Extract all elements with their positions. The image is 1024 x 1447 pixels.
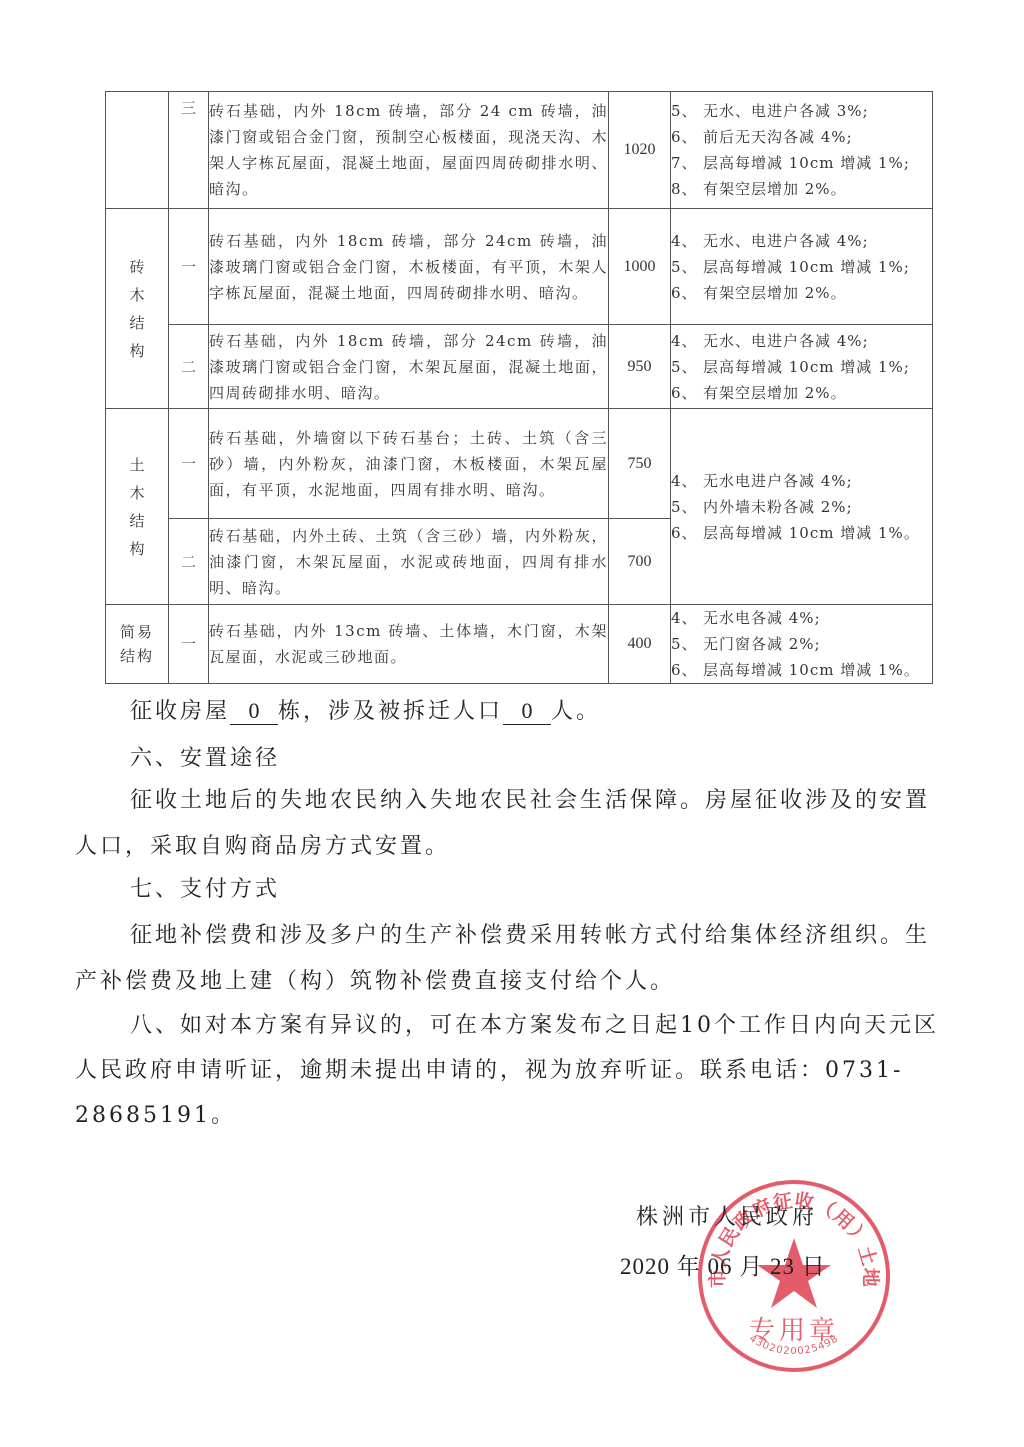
adjustments-cell: 4、无水电进户各减 4%; 5、内外墙未粉各减 2%; 6、层高每增减 10cm… [671,409,933,605]
structure-type-cell: 简易结构 [106,605,169,684]
adjustment-item: 4、无水、电进户各减 4%; [671,228,932,254]
description-cell: 砖石基础，内外 18cm 砖墙，部分 24cm 砖墙，油漆玻璃门窗或铝合金门窗，… [209,209,609,325]
adjustment-item: 6、层高每增减 10cm 增减 1%。 [671,520,932,546]
price-cell: 400 [609,605,671,684]
adjustment-item: 5、无水、电进户各减 3%; [671,98,932,124]
adjustments-cell: 5、无水、电进户各减 3%; 6、前后无天沟各减 4%; 7、层高每增减 10c… [671,92,933,209]
grade-cell: 一 [169,605,209,684]
grade-cell: 二 [169,519,209,605]
price-cell: 950 [609,325,671,409]
building-compensation-table: 三 砖石基础，内外 18cm 砖墙，部分 24 cm 砖墙，油漆门窗或铝合金门窗… [105,91,933,684]
section-body-payment: 征地补偿费和涉及多户的生产补偿费采用转帐方式付给集体经济组织。生产补偿费及地上建… [75,913,950,1005]
description-cell: 砖石基础，内外 18cm 砖墙，部分 24 cm 砖墙，油漆门窗或铝合金门窗，预… [209,92,609,209]
adjustments-cell: 4、无水、电进户各减 4%; 5、层高每增减 10cm 增减 1%; 6、有架空… [671,325,933,409]
people-count: 0 [503,698,551,725]
table-row: 土木结构 一 砖石基础，外墙窗以下砖石基台；土砖、土筑（含三砂）墙，内外粉灰，油… [106,409,933,519]
adjustment-item: 5、内外墙未粉各减 2%; [671,494,932,520]
adjustment-item: 4、无水、电进户各减 4%; [671,328,932,354]
section-heading-resettlement: 六、安置途径 [75,735,950,783]
price-cell: 1020 [609,92,671,209]
grade-cell: 二 [169,325,209,409]
structure-type-cell: 砖木结构 [106,209,169,409]
table-row: 三 砖石基础，内外 18cm 砖墙，部分 24 cm 砖墙，油漆门窗或铝合金门窗… [106,92,933,209]
adjustments-cell: 4、无水电各减 4%; 5、无门窗各减 2%; 6、层高每增减 10cm 增减 … [671,605,933,684]
description-cell: 砖石基础，内外 18cm 砖墙，部分 24cm 砖墙，油漆玻璃门窗或铝合金门窗，… [209,325,609,409]
table-row: 简易结构 一 砖石基础，内外 13cm 砖墙、土体墙，木门窗，木架瓦屋面，水泥或… [106,605,933,684]
adjustment-item: 6、有架空层增加 2%。 [671,280,932,306]
description-cell: 砖石基础，外墙窗以下砖石基台；土砖、土筑（含三砂）墙，内外粉灰，油漆门窗，木板楼… [209,409,609,519]
adjustment-item: 6、层高每增减 10cm 增减 1%。 [671,657,932,683]
issue-date: 2020 年 06 月 23 日 [620,1248,826,1281]
adjustment-item: 5、层高每增减 10cm 增减 1%; [671,354,932,380]
grade-cell: 三 [169,92,209,209]
section-heading-payment: 七、支付方式 [75,866,950,914]
adjustment-item: 4、无水电进户各减 4%; [671,468,932,494]
document-page: 三 砖石基础，内外 18cm 砖墙，部分 24 cm 砖墙，油漆门窗或铝合金门窗… [0,0,1024,1447]
adjustment-item: 5、无门窗各减 2%; [671,631,932,657]
adjustment-item: 6、前后无天沟各减 4%; [671,124,932,150]
issuer-name: 株洲市人民政府 [636,1200,818,1231]
houses-summary: 征收房屋0栋，涉及被拆迁人口0人。 [75,688,950,736]
structure-type-cell [106,92,169,209]
table-row: 砖木结构 一 砖石基础，内外 18cm 砖墙，部分 24cm 砖墙，油漆玻璃门窗… [106,209,933,325]
price-cell: 750 [609,409,671,519]
price-cell: 700 [609,519,671,605]
adjustment-item: 5、层高每增减 10cm 增减 1%; [671,254,932,280]
table-row: 二 砖石基础，内外 18cm 砖墙，部分 24cm 砖墙，油漆玻璃门窗或铝合金门… [106,325,933,409]
price-cell: 1000 [609,209,671,325]
grade-cell: 一 [169,209,209,325]
adjustment-item: 8、有架空层增加 2%。 [671,176,932,202]
houses-count: 0 [230,698,278,725]
structure-type-cell: 土木结构 [106,409,169,605]
adjustment-item: 6、有架空层增加 2%。 [671,380,932,406]
adjustments-cell: 4、无水、电进户各减 4%; 5、层高每增减 10cm 增减 1%; 6、有架空… [671,209,933,325]
section-body-hearing: 八、如对本方案有异议的，可在本方案发布之日起10个工作日内向天元区人民政府申请听… [75,1003,950,1138]
grade-cell: 一 [169,409,209,519]
adjustment-item: 4、无水电各减 4%; [671,605,932,631]
description-cell: 砖石基础，内外 13cm 砖墙、土体墙，木门窗，木架瓦屋面，水泥或三砂地面。 [209,605,609,684]
section-body-resettlement: 征收土地后的失地农民纳入失地农民社会生活保障。房屋征收涉及的安置人口，采取自购商… [75,778,950,870]
description-cell: 砖石基础，内外土砖、土筑（含三砂）墙，内外粉灰，油漆门窗，木架瓦屋面，水泥或砖地… [209,519,609,605]
adjustment-item: 7、层高每增减 10cm 增减 1%; [671,150,932,176]
